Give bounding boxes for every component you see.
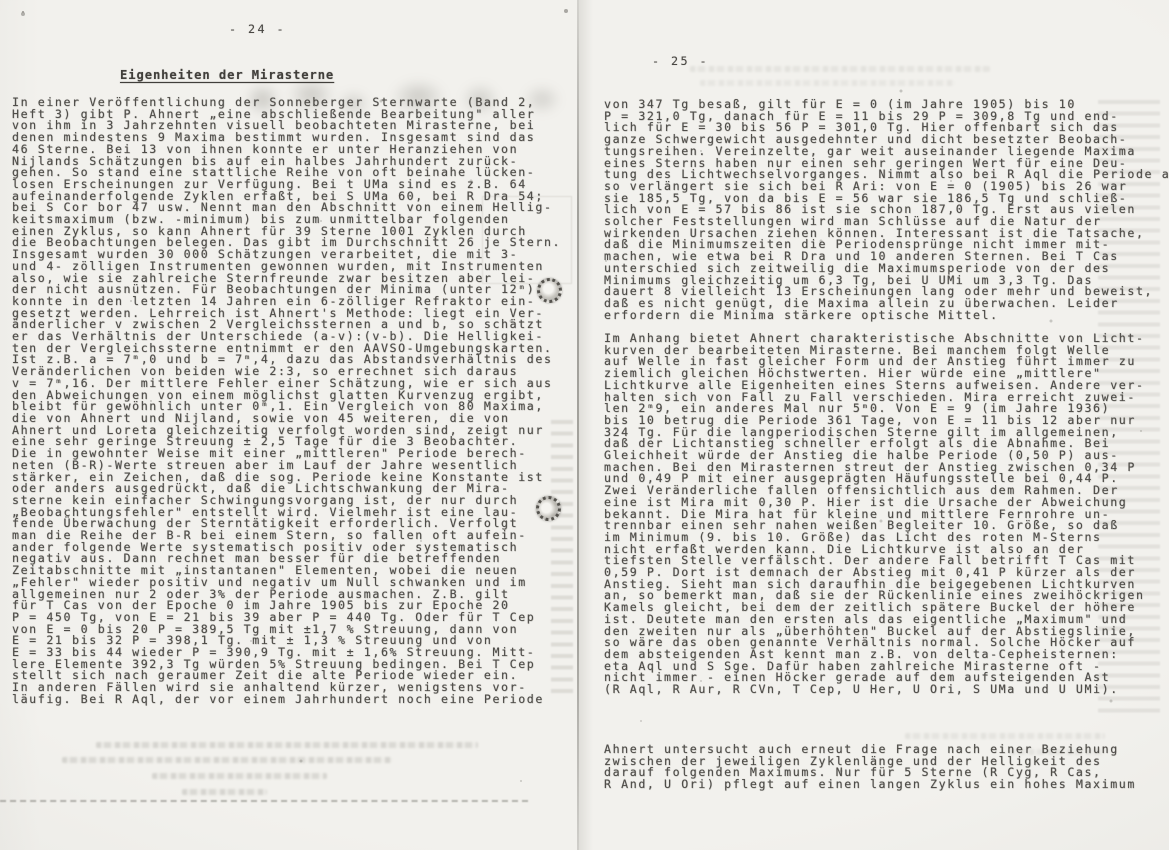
page-number-24: - 24 - — [229, 22, 286, 36]
bleedthrough-line — [182, 789, 267, 795]
scanned-document: - 24 - Eigenheiten der Mirasterne In ein… — [0, 0, 1169, 850]
bleedthrough-line — [905, 733, 1105, 739]
page-25-paragraph-1: von 347 Tg besaß, gilt für E = 0 (im Jah… — [604, 99, 1169, 321]
page-number-25: - 25 - — [652, 54, 709, 68]
page-25-paragraph-2: Im Anhang bietet Ahnert charakteristisch… — [604, 333, 1145, 696]
bleedthrough-line — [62, 757, 392, 763]
article-title: Eigenheiten der Mirasterne — [120, 68, 334, 82]
page-24-body: In einer Veröffentlichung der Sonneberge… — [12, 97, 561, 706]
bleedthrough-heading-right — [690, 66, 990, 72]
bleedthrough-line — [700, 80, 955, 86]
bleedthrough-dashed-rule — [0, 800, 528, 802]
page-25-paragraph-3: Ahnert untersucht auch erneut die Frage … — [604, 744, 1136, 791]
page-fold-shadow — [579, 0, 593, 850]
bleedthrough-line — [96, 742, 478, 748]
paper-speckles — [22, 11, 24, 13]
bleedthrough-line — [152, 773, 327, 779]
